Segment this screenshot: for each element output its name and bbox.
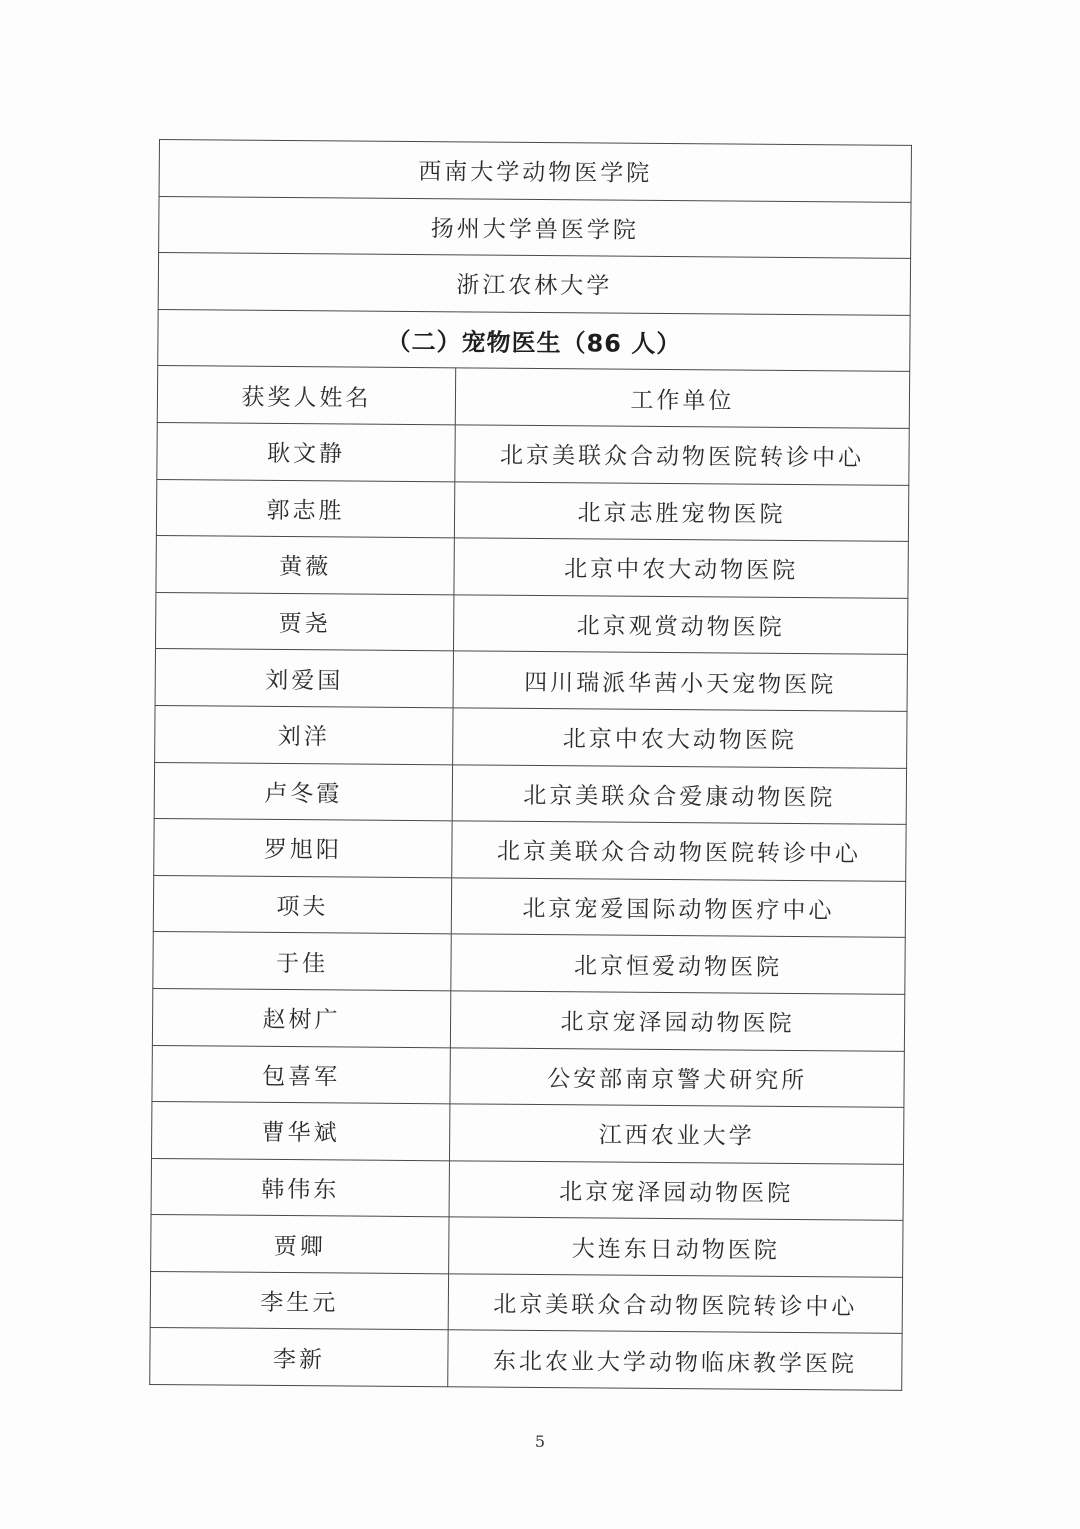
work-unit: 北京中农大动物医院 (454, 538, 908, 598)
awards-table-container: 西南大学动物医学院 扬州大学兽医学院 浙江农林大学 （二）宠物医生（86 人） … (149, 139, 911, 1391)
awardee-name: 于佳 (153, 932, 451, 991)
work-unit: 北京美联众合动物医院转诊中心 (455, 425, 909, 485)
table-row: 郭志胜 北京志胜宠物医院 (156, 479, 908, 541)
awardee-name: 黄薇 (156, 536, 454, 595)
work-unit: 北京美联众合动物医院转诊中心 (448, 1274, 902, 1334)
awardee-name: 曹华斌 (151, 1102, 449, 1161)
awardee-name: 韩伟东 (151, 1158, 449, 1217)
awardee-name: 罗旭阳 (154, 819, 452, 878)
work-unit: 东北农业大学动物临床教学医院 (448, 1330, 902, 1390)
work-unit: 北京宠泽园动物医院 (449, 1161, 903, 1221)
table-row: 黄薇 北京中农大动物医院 (156, 536, 908, 598)
awardee-name: 刘洋 (155, 705, 453, 764)
table-header-row: 获奖人姓名 工作单位 (157, 366, 909, 428)
institution-name: 浙江农林大学 (158, 253, 910, 315)
table-row: 刘爱国 四川瑞派华茜小天宠物医院 (155, 649, 907, 711)
table-row: 李生元 北京美联众合动物医院转诊中心 (150, 1271, 902, 1333)
institution-row: 扬州大学兽医学院 (159, 196, 911, 258)
table-row: 刘洋 北京中农大动物医院 (155, 705, 907, 767)
work-unit: 公安部南京警犬研究所 (450, 1047, 904, 1107)
institution-name: 西南大学动物医学院 (159, 140, 911, 202)
awardee-name: 耿文静 (157, 422, 455, 481)
section-title-row: （二）宠物医生（86 人） (158, 309, 910, 371)
awardee-name: 项夫 (153, 875, 451, 934)
table-row: 耿文静 北京美联众合动物医院转诊中心 (157, 422, 909, 484)
table-row: 赵树广 北京宠泽园动物医院 (152, 988, 904, 1050)
work-unit: 北京中农大动物医院 (453, 708, 907, 768)
header-awardee-name: 获奖人姓名 (157, 366, 455, 425)
work-unit: 北京宠泽园动物医院 (450, 991, 904, 1051)
table-row: 包喜军 公安部南京警犬研究所 (152, 1045, 904, 1107)
table-row: 罗旭阳 北京美联众合动物医院转诊中心 (154, 819, 906, 881)
table-row: 李新 东北农业大学动物临床教学医院 (150, 1328, 902, 1390)
page-number: 5 (0, 1432, 1080, 1451)
table-row: 于佳 北京恒爱动物医院 (153, 932, 905, 994)
awards-table: 西南大学动物医学院 扬州大学兽医学院 浙江农林大学 （二）宠物医生（86 人） … (149, 139, 912, 1391)
awardee-name: 刘爱国 (155, 649, 453, 708)
institution-row: 西南大学动物医学院 (159, 140, 911, 202)
awardee-name: 贾卿 (151, 1215, 449, 1274)
work-unit: 北京宠爱国际动物医疗中心 (451, 878, 905, 938)
work-unit: 大连东日动物医院 (449, 1217, 903, 1277)
work-unit: 北京美联众合动物医院转诊中心 (452, 821, 906, 881)
header-work-unit: 工作单位 (455, 368, 909, 428)
work-unit: 北京志胜宠物医院 (454, 481, 908, 541)
work-unit: 北京恒爱动物医院 (451, 934, 905, 994)
table-row: 项夫 北京宠爱国际动物医疗中心 (153, 875, 905, 937)
section-title: （二）宠物医生（86 人） (158, 309, 910, 371)
work-unit: 江西农业大学 (449, 1104, 903, 1164)
institution-name: 扬州大学兽医学院 (159, 196, 911, 258)
table-row: 卢冬霞 北京美联众合爱康动物医院 (154, 762, 906, 824)
table-row: 曹华斌 江西农业大学 (151, 1102, 903, 1164)
work-unit: 北京观赏动物医院 (453, 595, 907, 655)
awardee-name: 贾尧 (155, 592, 453, 651)
table-row: 贾尧 北京观赏动物医院 (155, 592, 907, 654)
institution-row: 浙江农林大学 (158, 253, 910, 315)
awardee-name: 李新 (150, 1328, 448, 1387)
document-page: 西南大学动物医学院 扬州大学兽医学院 浙江农林大学 （二）宠物医生（86 人） … (0, 0, 1080, 1529)
awardee-name: 包喜军 (152, 1045, 450, 1104)
awardee-name: 赵树广 (152, 988, 450, 1047)
work-unit: 四川瑞派华茜小天宠物医院 (453, 651, 907, 711)
awardee-name: 郭志胜 (156, 479, 454, 538)
awardee-name: 卢冬霞 (154, 762, 452, 821)
work-unit: 北京美联众合爱康动物医院 (452, 764, 906, 824)
awardee-name: 李生元 (150, 1271, 448, 1330)
table-row: 贾卿 大连东日动物医院 (151, 1215, 903, 1277)
table-row: 韩伟东 北京宠泽园动物医院 (151, 1158, 903, 1220)
